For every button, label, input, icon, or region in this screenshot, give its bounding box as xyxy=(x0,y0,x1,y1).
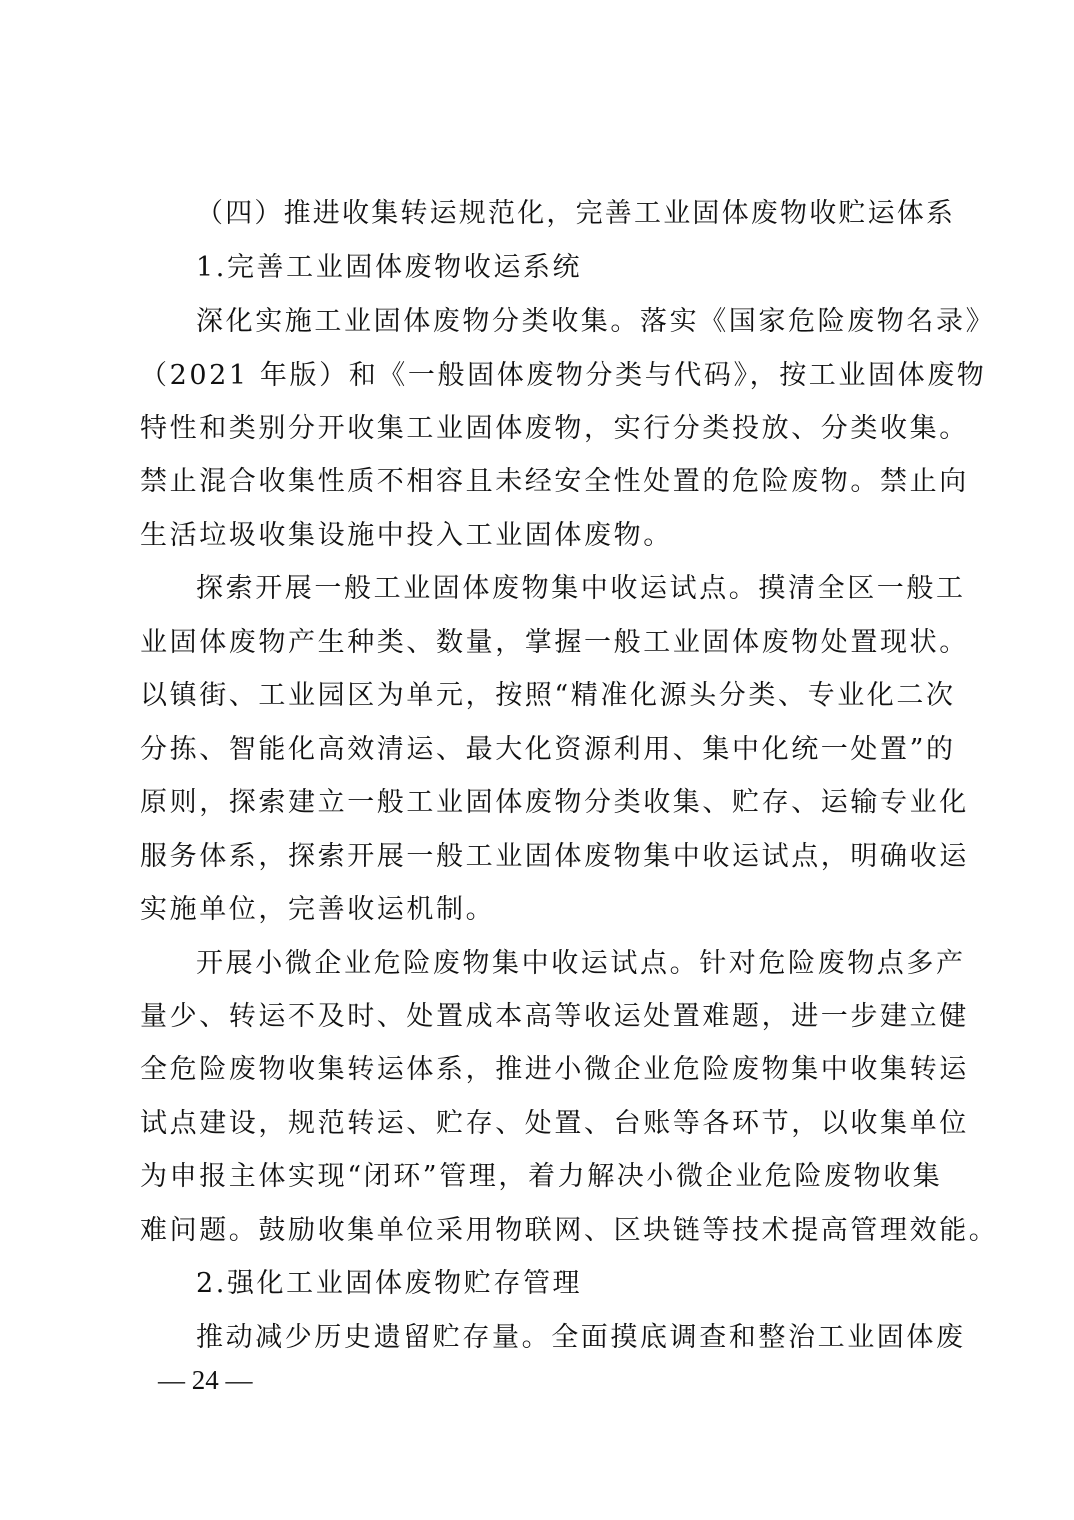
paragraph-line: 为申报主体实现“闭环”管理，着力解决小微企业危险废物收集 xyxy=(140,1159,940,1195)
paragraph-line: 分拣、智能化高效清运、最大化资源利用、集中化统一处置”的 xyxy=(140,732,940,768)
page-number: — 24 — xyxy=(158,1363,253,1397)
paragraph-line: 深化实施工业固体废物分类收集。落实《国家危险废物名录》 xyxy=(196,304,940,340)
paragraph-line: 业固体废物产生种类、数量，掌握一般工业固体废物处置现状。 xyxy=(140,625,940,661)
document-page: （四）推进收集转运规范化，完善工业固体废物收贮运体系 1.完善工业固体废物收运系… xyxy=(0,0,1074,1520)
paragraph-line: 试点建设，规范转运、贮存、处置、台账等各环节，以收集单位 xyxy=(140,1106,940,1142)
subsection-title-1: 1.完善工业固体废物收运系统 xyxy=(196,250,940,286)
section-heading: （四）推进收集转运规范化，完善工业固体废物收贮运体系 xyxy=(196,196,940,232)
paragraph-line: 难问题。鼓励收集单位采用物联网、区块链等技术提高管理效能。 xyxy=(140,1213,940,1249)
paragraph-line: 生活垃圾收集设施中投入工业固体废物。 xyxy=(140,518,940,554)
paragraph-line: 探索开展一般工业固体废物集中收运试点。摸清全区一般工 xyxy=(196,571,940,607)
paragraph-line: 开展小微企业危险废物集中收运试点。针对危险废物点多产 xyxy=(196,946,940,982)
paragraph-line: 全危险废物收集转运体系，推进小微企业危险废物集中收集转运 xyxy=(140,1052,940,1088)
paragraph-line: 量少、转运不及时、处置成本高等收运处置难题，进一步建立健 xyxy=(140,999,940,1035)
paragraph-line: （2021 年版）和《一般固体废物分类与代码》，按工业固体废物 xyxy=(140,358,940,394)
subsection-title-2: 2.强化工业固体废物贮存管理 xyxy=(196,1266,940,1302)
paragraph-line: 实施单位，完善收运机制。 xyxy=(140,892,940,928)
paragraph-line: 以镇街、工业园区为单元，按照“精准化源头分类、专业化二次 xyxy=(140,678,940,714)
paragraph-line: 特性和类别分开收集工业固体废物，实行分类投放、分类收集。 xyxy=(140,411,940,447)
paragraph-line: 禁止混合收集性质不相容且未经安全性处置的危险废物。禁止向 xyxy=(140,464,940,500)
paragraph-line: 推动减少历史遗留贮存量。全面摸底调查和整治工业固体废 xyxy=(196,1320,940,1356)
paragraph-line: 原则，探索建立一般工业固体废物分类收集、贮存、运输专业化 xyxy=(140,785,940,821)
paragraph-line: 服务体系，探索开展一般工业固体废物集中收运试点，明确收运 xyxy=(140,839,940,875)
